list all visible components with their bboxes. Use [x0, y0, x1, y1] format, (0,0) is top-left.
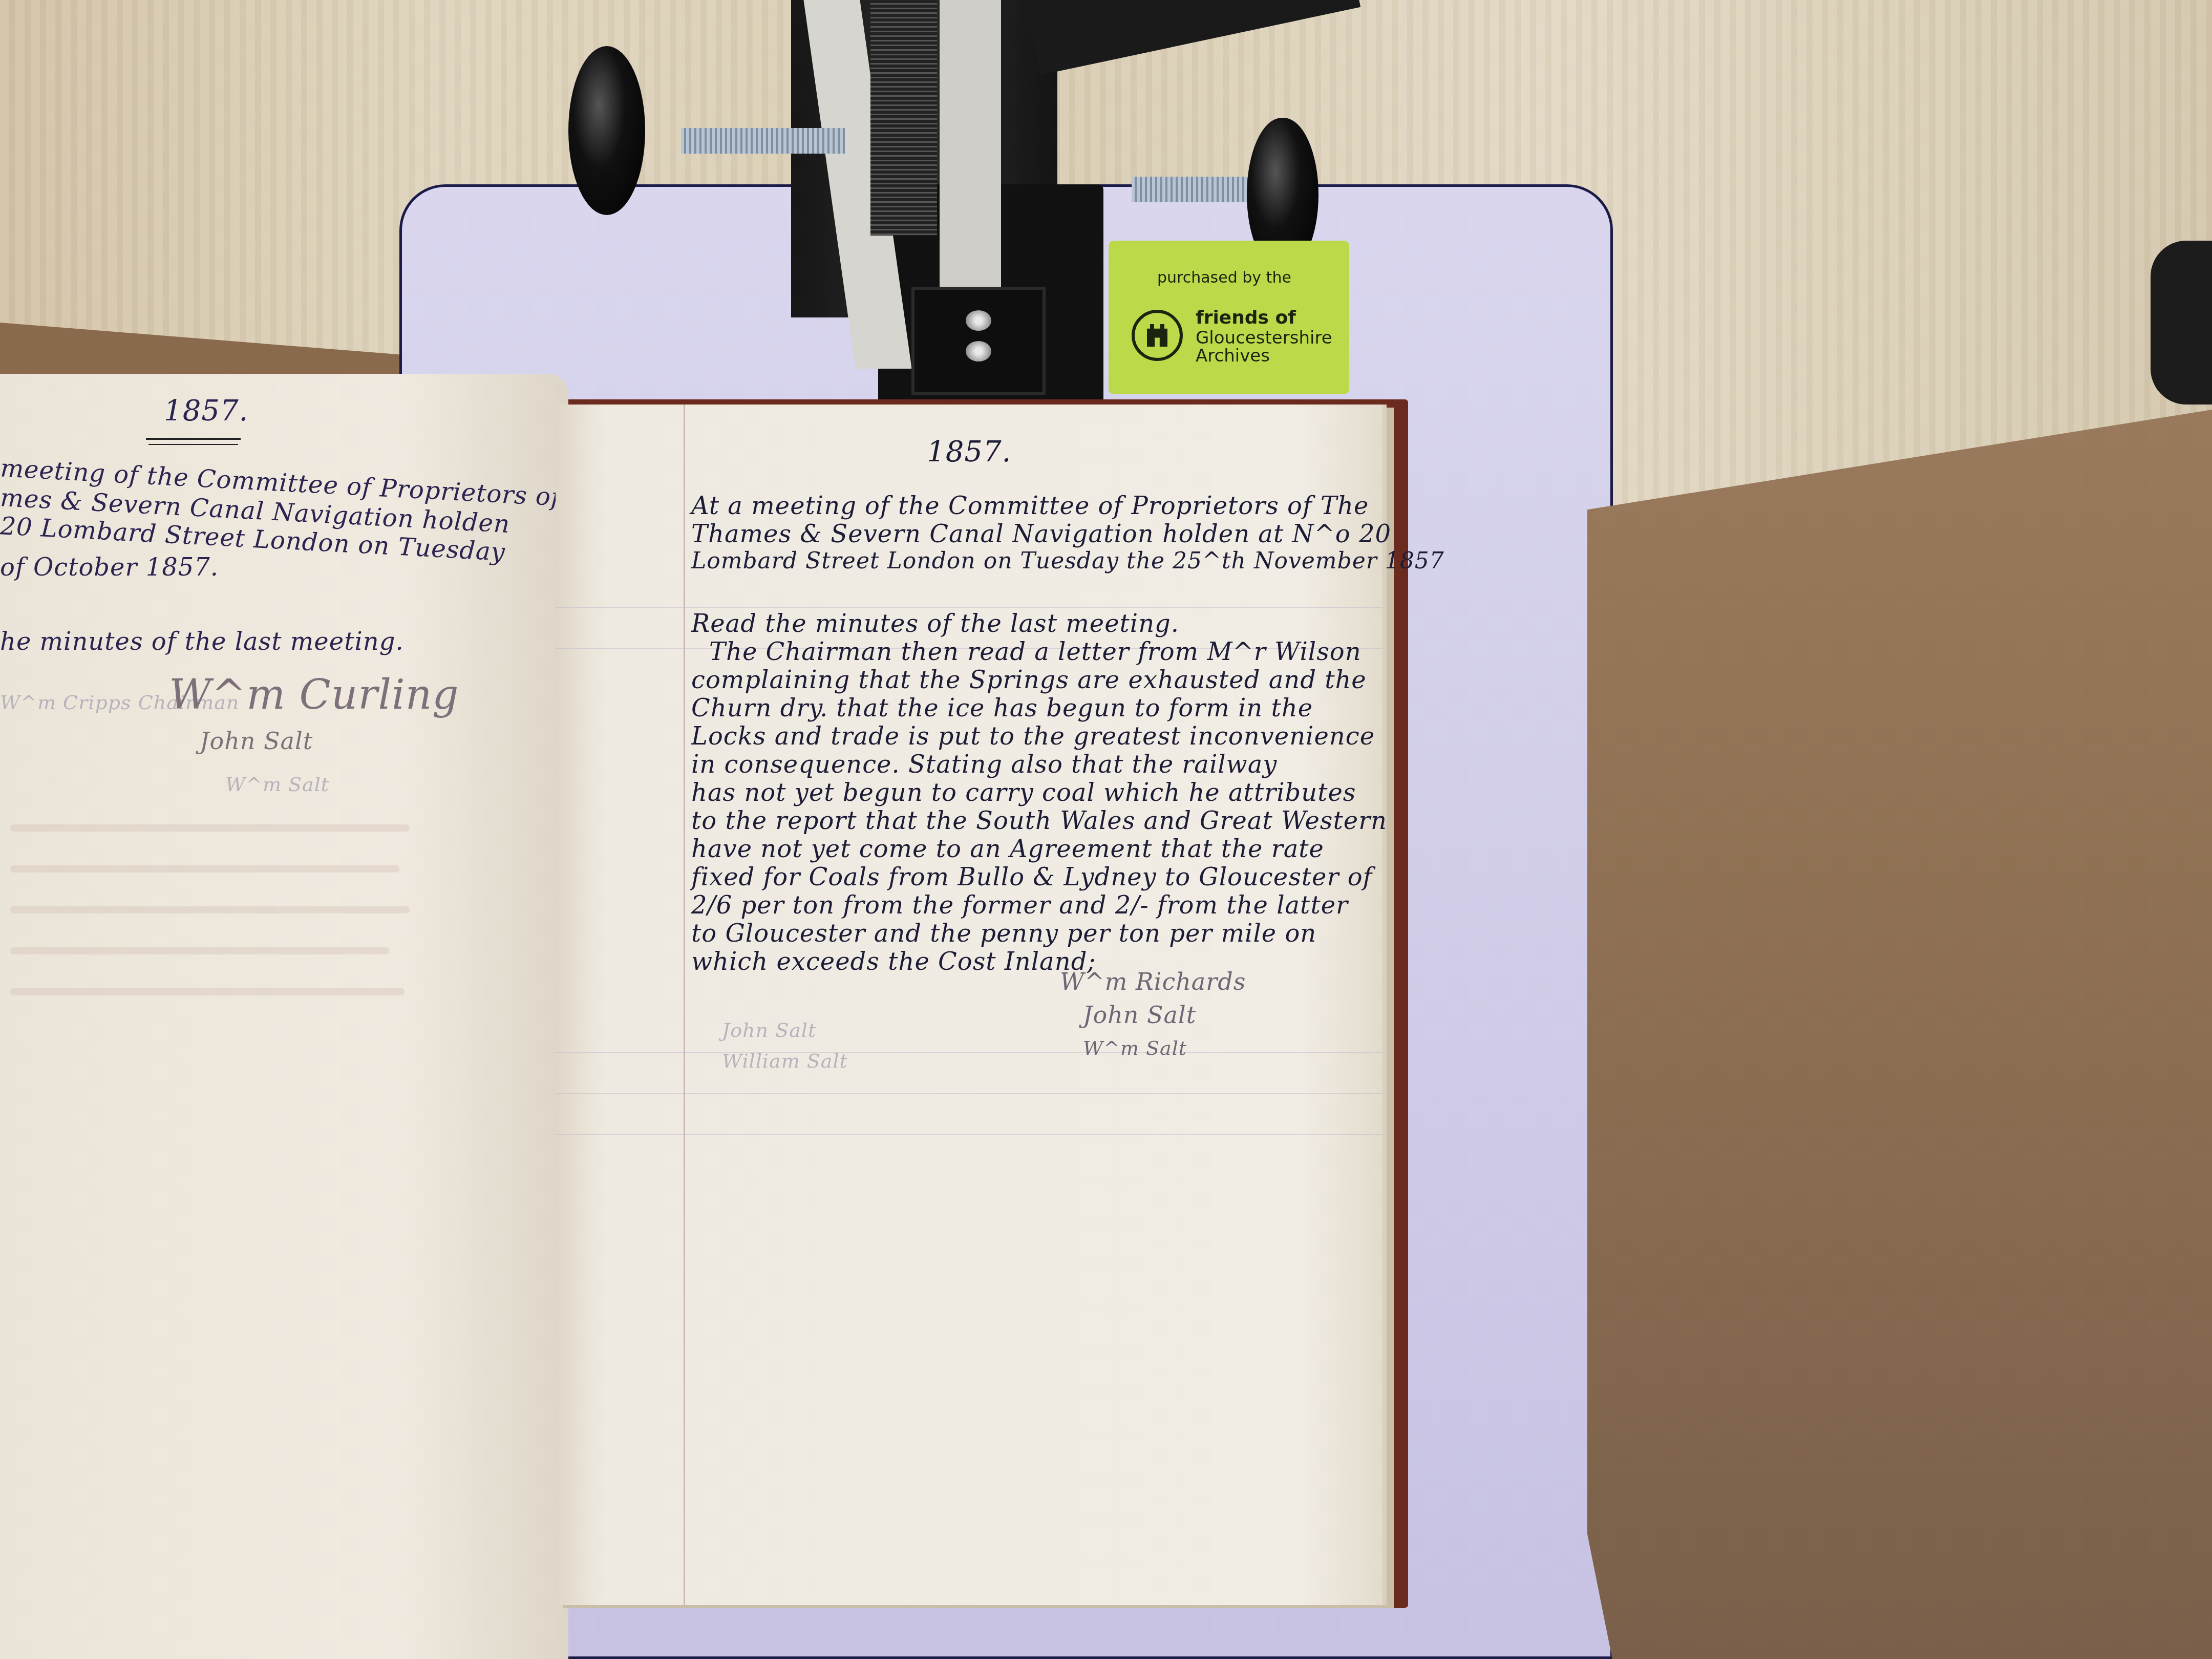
- left-signature-wm-salt: W^m Salt: [225, 773, 329, 796]
- body-line-2: The Chairman then read a letter from M^r…: [709, 637, 1362, 666]
- bleed-through-line: [10, 906, 410, 913]
- left-signature-curling: W^m Curling: [169, 671, 459, 718]
- right-page-year: 1857.: [927, 435, 1011, 469]
- screw-left: [681, 128, 845, 154]
- right-page: 1857. At a meeting of the Committee of P…: [556, 405, 1387, 1605]
- body-line-13: which exceeds the Cost Inland;: [691, 947, 1096, 976]
- left-page-year: 1857.: [164, 394, 248, 428]
- dark-object-edge: [2151, 241, 2212, 405]
- bleed-through-line: [10, 988, 405, 995]
- page-margin-rule: [684, 405, 685, 1605]
- body-line-5: Locks and trade is put to the greatest i…: [691, 722, 1375, 751]
- label-archives-text: Archives: [1196, 346, 1270, 366]
- faint-signature-william-salt: William Salt: [722, 1050, 848, 1072]
- body-line-1: Read the minutes of the last meeting.: [691, 609, 1179, 638]
- body-line-4: Churn dry. that the ice has begun to for…: [691, 694, 1313, 722]
- label-friends-text: friends of: [1196, 307, 1296, 328]
- heading-line-1: At a meeting of the Committee of Proprie…: [691, 492, 1369, 520]
- ruled-line: [556, 1052, 1382, 1053]
- bleed-through-line: [10, 824, 410, 832]
- cardboard-sheet-right: [1587, 410, 2212, 1659]
- bleed-through-line: [10, 947, 389, 954]
- castle-seal-icon: [1132, 310, 1183, 361]
- body-line-7: has not yet begun to carry coal which he…: [691, 778, 1356, 807]
- stand-clamp-plate: [911, 287, 1046, 395]
- left-line-4: of October 1857.: [0, 553, 219, 582]
- friends-label: purchased by the friends of Gloucestersh…: [1109, 241, 1349, 394]
- body-line-12: to Gloucester and the penny per ton per …: [691, 919, 1316, 948]
- ruled-line: [556, 1134, 1382, 1135]
- left-read-minutes: he minutes of the last meeting.: [0, 627, 404, 656]
- label-purchased-text: purchased by the: [1157, 269, 1291, 287]
- faint-signature-john-salt: John Salt: [722, 1019, 816, 1041]
- heading-line-2: Thames & Severn Canal Navigation holden …: [691, 520, 1391, 548]
- screw-right: [1132, 177, 1249, 202]
- signature-richards: W^m Richards: [1060, 968, 1246, 995]
- year-underline: [146, 438, 241, 440]
- body-line-3: complaining that the Springs are exhaust…: [691, 666, 1367, 694]
- signature-wm-salt: W^m Salt: [1083, 1037, 1187, 1059]
- bolt-icon: [966, 341, 991, 361]
- signature-john-salt: John Salt: [1083, 1001, 1196, 1029]
- body-line-6: in consequence. Stating also that the ra…: [691, 750, 1277, 779]
- stand-rack: [870, 0, 937, 236]
- label-org-text: Gloucestershire: [1196, 328, 1332, 348]
- ruled-line: [556, 607, 1382, 608]
- body-line-9: have not yet come to an Agreement that t…: [691, 835, 1324, 863]
- year-underline-second: [148, 444, 238, 445]
- body-line-10: fixed for Coals from Bullo & Lydney to G…: [691, 863, 1372, 891]
- left-page: 1857. meeting of the Committee of Propri…: [0, 374, 568, 1659]
- body-line-8: to the report that the South Wales and G…: [691, 806, 1387, 835]
- bolt-icon: [966, 310, 991, 331]
- body-line-11: 2/6 per ton from the former and 2/- from…: [691, 891, 1348, 920]
- heading-line-3: Lombard Street London on Tuesday the 25^…: [691, 548, 1444, 574]
- ruled-line: [556, 1093, 1382, 1094]
- bleed-through-line: [10, 865, 399, 873]
- left-signature-john-salt: John Salt: [200, 727, 313, 755]
- knob-left[interactable]: [568, 46, 645, 215]
